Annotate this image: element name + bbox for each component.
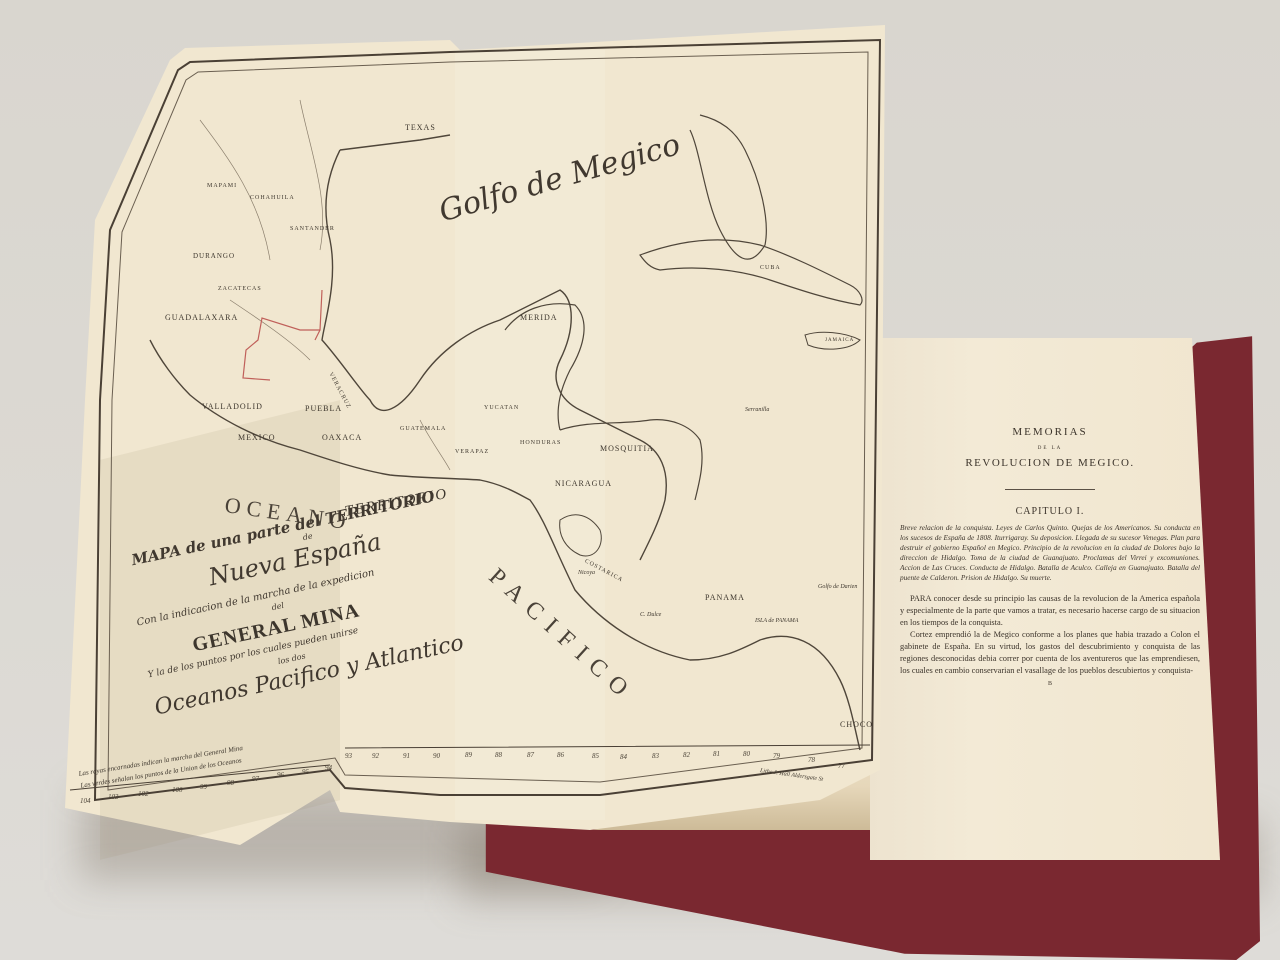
cartouche-line-5: del [271,601,285,612]
label-mosquitia: MOSQUITIA [600,444,654,453]
label-zacatecas: ZACATECAS [218,286,262,292]
label-merida: MERIDA [520,313,558,322]
label-choco: CHOCO [840,720,873,729]
scale-tick: 82 [683,751,690,759]
scale-tick: 90 [433,752,440,760]
scale-tick: 102 [138,790,149,798]
scale-tick: 77 [838,762,845,770]
label-cohahuila: COHAHUILA [250,195,295,201]
scale-tick: 86 [557,751,564,759]
scale-tick: 91 [403,752,410,760]
label-valladolid: VALLADOLID [202,402,263,411]
label-yucatan: YUCATAN [484,405,519,411]
label-serranilla: Serranilla [745,407,769,413]
label-cuba: CUBA [760,265,781,271]
scale-tick: 97 [252,775,259,783]
scale-tick: 83 [652,752,659,760]
folding-map: TEXAS MAPAMI COHAHUILA SANTANDER DURANGO… [0,0,1280,960]
label-santander: SANTANDER [290,226,335,232]
label-oaxaca: OAXACA [322,433,362,442]
scale-tick: 100 [172,786,183,794]
label-nicaragua: NICARAGUA [555,479,612,488]
scale-tick: 104 [80,797,91,805]
label-verapaz: VERAPAZ [455,449,489,455]
scale-tick: 96 [277,771,284,779]
label-honduras: HONDURAS [520,440,561,446]
label-puebla: PUEBLA [305,404,342,413]
scale-tick: 98 [227,779,234,787]
scale-tick: 95 [302,768,309,776]
scale-tick: 88 [495,751,502,759]
scale-tick: 103 [108,793,119,801]
label-isla-panama: ISLA de PANAMA [755,618,798,624]
scale-tick: 94 [325,764,332,772]
label-nicoya: Nicoya [578,570,595,576]
scale-tick: 78 [808,756,815,764]
label-texas: TEXAS [405,123,436,132]
label-jamaica: JAMAICA [825,338,854,343]
label-mapimi: MAPAMI [207,183,237,189]
scale-tick: 99 [200,783,207,791]
scale-tick: 81 [713,750,720,758]
scale-tick: 87 [527,751,534,759]
label-panama: PANAMA [705,593,745,602]
label-guatemala: GUATEMALA [400,426,446,432]
scale-tick: 89 [465,751,472,759]
label-guadalaxara: GUADALAXARA [165,313,238,322]
scale-tick: 79 [773,752,780,760]
label-mexico: MEXICO [238,433,276,442]
label-durango: DURANGO [193,252,235,260]
label-c-dulce: C. Dulce [640,612,661,618]
scale-tick: 92 [372,752,379,760]
scale-tick: 80 [743,750,750,758]
scale-tick: 84 [620,753,627,761]
scale-tick: 85 [592,752,599,760]
label-golfo-darien: Golfo de Darien [818,584,857,590]
scale-tick: 93 [345,752,352,760]
